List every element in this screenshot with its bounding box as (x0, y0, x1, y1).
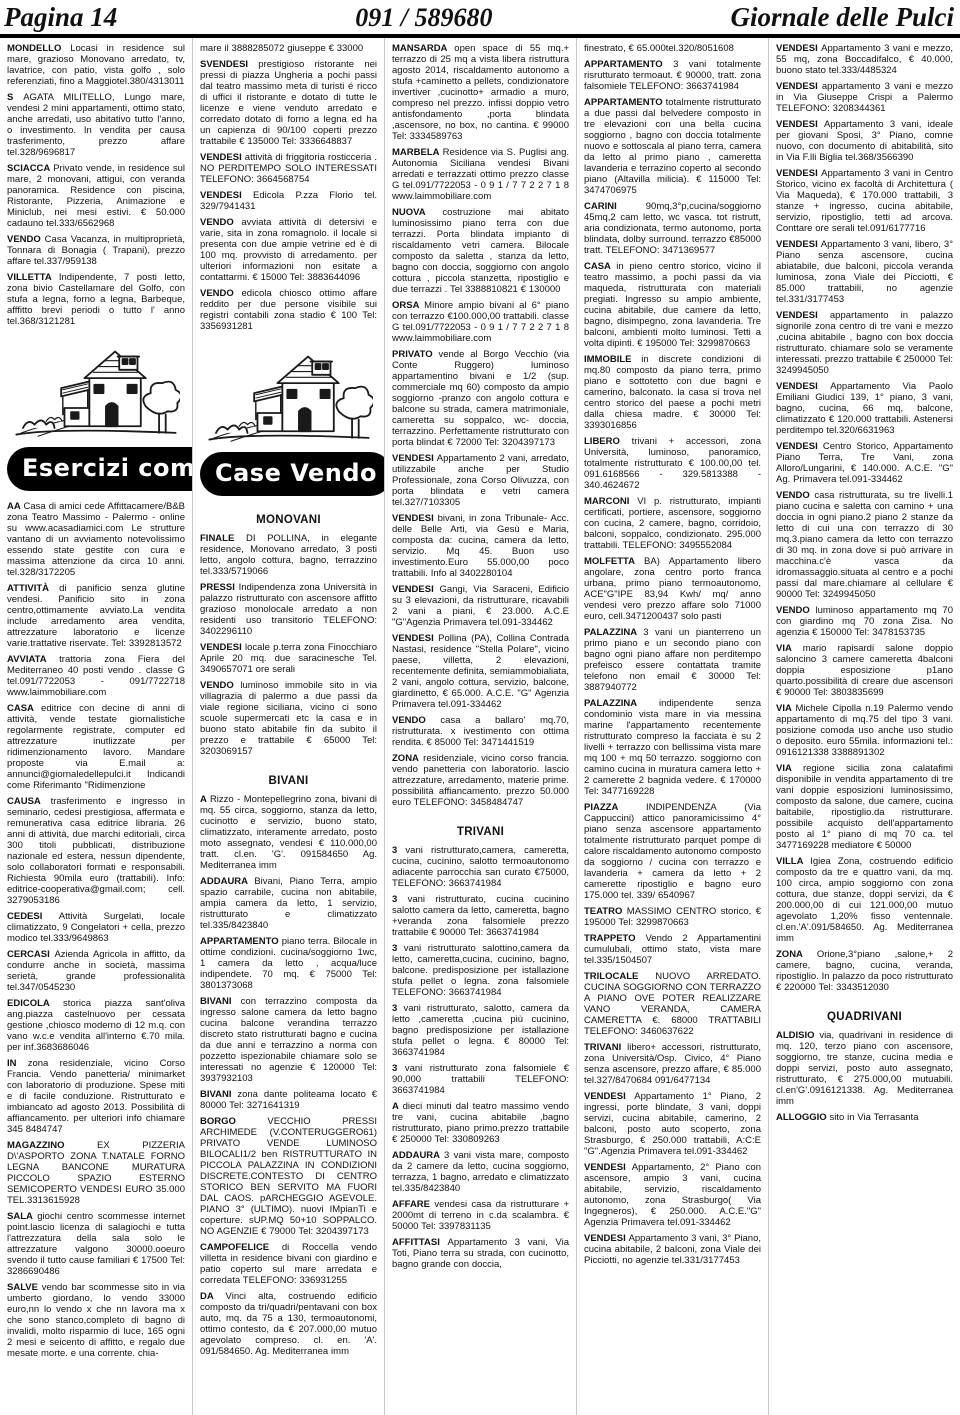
classified-ad: 3 vani ristrutturato salottino,camera da… (392, 943, 569, 998)
ad-lead-word: 3 (392, 894, 408, 905)
ad-lead-word: AA (7, 501, 23, 512)
ad-body-text: vani ristrutturato salottino,camera da l… (392, 943, 569, 998)
page-header: Pagina 14 091 / 589680 Giornale delle Pu… (0, 0, 960, 38)
ad-lead-word: BIVANI (200, 996, 241, 1007)
ad-lead-word: VENDO (200, 680, 240, 691)
classified-ad: ATTIVITÀ di panificio senza glutine vend… (7, 583, 185, 649)
classified-ad: MARBELA Residence via S. Puglisi ang. Au… (392, 147, 569, 202)
ad-lead-word: MOLFETTA (584, 556, 644, 567)
ad-lead-word: VENDESI (776, 168, 821, 179)
ad-lead-word: VENDESI (200, 190, 253, 201)
ad-lead-word: VILLETTA (7, 272, 59, 283)
ad-lead-word: MONDELLO (7, 43, 70, 54)
classified-ad: VENDESI Appartamento 3 vani, ideale per … (776, 119, 953, 163)
classified-ad: APPARTAMENTO totalmente ristrutturato a … (584, 97, 761, 196)
ad-lead-word: VENDESI (776, 310, 830, 321)
ad-lead-word: VENDO (7, 234, 45, 245)
column-3: MANSARDA open space di 55 mq.+ terrazzo … (384, 38, 576, 1415)
classified-ad: MANSARDA open space di 55 mq.+ terrazzo … (392, 43, 569, 142)
ad-lead-word: AFFITTASI (392, 1237, 447, 1248)
ad-lead-word: SCIACCA (7, 163, 53, 174)
classified-ad: PRIVATO vende al Borgo Vecchio (via Cont… (392, 349, 569, 448)
classified-ad: VENDESI Appartamento 3 vani in Centro St… (776, 168, 953, 234)
ad-lead-word: 3 (392, 845, 405, 856)
classified-ad: TRILOCALE NUOVO ARREDATO. CUCINA SOGGIOR… (584, 971, 761, 1037)
ad-lead-word: PRESSI (200, 582, 239, 593)
classified-ad: CARINI 90mq,3°p,cucina/soggiorno 45mq,2 … (584, 201, 761, 256)
classified-ad: 3 vani ristrutturato zona falsomiele € 9… (392, 1063, 569, 1096)
ad-lead-word: VENDESI (200, 642, 245, 653)
ad-lead-word: 3 (392, 1003, 403, 1014)
classified-ad: VILLETTA Indipendente, 7 posti letto, zo… (7, 272, 185, 327)
ad-lead-word: PALAZZINA (584, 627, 643, 638)
ad-lead-word: AVVIATA (7, 654, 59, 665)
ad-lead-word: VENDO (200, 217, 241, 228)
ad-lead-word: TRILOCALE (584, 971, 655, 982)
ad-lead-word: VENDESI (776, 441, 823, 452)
country-house-illustration-icon (7, 335, 185, 447)
classified-ad: VENDESI Edicola P.zza Florio tel. 329/79… (200, 190, 377, 212)
classified-ad: VENDO casa a ballaro' mq.70, ristruttura… (392, 715, 569, 748)
classifieds-columns: MONDELLO Locasi in residence sul mare, g… (0, 38, 960, 1415)
ad-body-text: in pieno centro storico, vicino il teatr… (584, 261, 761, 349)
ad-lead-word: A (392, 1101, 403, 1112)
ad-lead-word: A (200, 794, 210, 805)
ad-body-text: vani ristrutturato,camera, cameretta, cu… (392, 845, 569, 889)
classified-ad: MOLFETTA BA) Appartamento libero angolar… (584, 556, 761, 622)
ad-lead-word: ALLOGGIO (776, 1112, 830, 1123)
ad-body-text: AGATA MILITELLO, Lungo mare, vendesi 2 m… (7, 92, 185, 158)
classified-ad: VIA Michele Cipolla n.19 Palermo vendo a… (776, 703, 953, 758)
ad-body-text: vani ristrutturato, cucina cucinino salo… (392, 894, 569, 938)
classified-ad: ALDISIO via, quadrivani in residence di … (776, 1030, 953, 1107)
ad-lead-word: VENDO (776, 605, 815, 616)
ad-lead-word: ORSA (392, 300, 424, 311)
classified-ad: ZONA residenziale, vicino corso francia.… (392, 753, 569, 808)
classified-ad: PIAZZA INDIPENDENZA (Via Cappuccini) att… (584, 802, 761, 901)
ad-lead-word: BIVANI (200, 1089, 237, 1100)
classified-ad: VENDO avviata attività di detersivi e va… (200, 217, 377, 283)
classified-ad: BORGO VECCHIO PRESSI ARCHIMEDE (V.CONTER… (200, 1116, 377, 1237)
ad-lead-word: TEATRO (584, 906, 627, 917)
classified-ad: VENDESI Appartamento 3 vani, libero, 3° … (776, 239, 953, 305)
ad-lead-word: CAMPOFELICE (200, 1242, 282, 1253)
classified-ad: finestrato, € 65.000tel.320/8051608 (584, 43, 761, 54)
classified-ad: TRIVANI libero+ accessori, ristrutturato… (584, 1042, 761, 1086)
ad-body-text: vende al Borgo Vecchio (via Conte Rugger… (392, 349, 569, 448)
classified-ad: DA Vinci alta, costruendo edificio compo… (200, 1291, 377, 1357)
classified-ad: TEATRO MASSIMO CENTRO storico, € 195000 … (584, 906, 761, 928)
classified-ad: BIVANI zona dante politeama locato € 800… (200, 1089, 377, 1111)
category-header-trivani: TRIVANI (392, 826, 569, 838)
classified-ad: SCIACCA Privato vende, in residence sul … (7, 163, 185, 229)
classified-ad: TRAPPETO Vendo 2 Appartamentini cumuluba… (584, 933, 761, 966)
ad-lead-word: VENDESI (200, 152, 245, 163)
classified-ad: CASA in pieno centro storico, vicino il … (584, 261, 761, 349)
ad-lead-word: ATTIVITÀ (7, 583, 59, 594)
ad-lead-word: CEDESI (7, 911, 59, 922)
classified-ad: IMMOBILE in discrete condizioni di mq.80… (584, 354, 761, 431)
ad-lead-word: SVENDESI (200, 59, 258, 70)
ad-lead-word: APPARTAMENTO (584, 97, 666, 108)
newspaper-title: Giornale delle Pulci (731, 2, 954, 32)
classified-ad: MONDELLO Locasi in residence sul mare, g… (7, 43, 185, 87)
ad-lead-word: ZONA (392, 753, 423, 764)
classified-ad: VENDO edicola chiosco ottimo affare redd… (200, 288, 377, 332)
classified-ad: SALA giochi centro scommesse internet po… (7, 1211, 185, 1277)
ad-lead-word: TRAPPETO (584, 933, 646, 944)
ad-lead-word: VENDESI (584, 1162, 632, 1173)
ad-lead-word: VENDESI (392, 513, 438, 524)
classified-ad: 3 vani ristrutturato,camera, cameretta, … (392, 845, 569, 889)
ad-lead-word: SALVE (7, 1282, 42, 1293)
ad-body-text: Vinci alta, costruendo edificio composto… (200, 1291, 377, 1357)
ad-body-text: finestrato, € 65.000tel.320/8051608 (584, 43, 734, 54)
classified-ad: VENDESI appartamento 3 vani e mezzo in V… (776, 81, 953, 114)
ad-lead-word: APPARTAMENTO (200, 936, 282, 947)
ad-body-text: zona residenziale, vicino Corso Francia.… (7, 1058, 185, 1135)
ad-body-text: vani ristrutturato zona falsomiele € 90,… (392, 1063, 569, 1096)
ad-body-text: Pollina (PA), Collina Contrada Nastasi, … (392, 633, 569, 710)
page-number-label: Pagina 14 (4, 2, 117, 32)
classified-ad: ADDAURA 3 vani vista mare, composto da 2… (392, 1150, 569, 1194)
classified-ad: VIA regione sicilia zona calatafimi disp… (776, 763, 953, 851)
ad-lead-word: VENDO (392, 715, 440, 726)
ad-body-text: con terrazzino composta da ingresso salo… (200, 996, 377, 1084)
classified-ad: NUOVA costruzione mai abitato luminosiss… (392, 207, 569, 295)
ad-body-text: vani ristrutturato, salotto, camera da l… (392, 1003, 569, 1058)
classified-ad: PRESSI Indipendenza zona Università in p… (200, 582, 377, 637)
ad-lead-word: VENDESI (776, 381, 830, 392)
ad-lead-word: MARBELA (392, 147, 443, 158)
ad-lead-word: IN (7, 1058, 28, 1069)
section-banner-esercizi: Esercizi comm. (7, 335, 185, 491)
ad-lead-word: PIAZZA (584, 802, 646, 813)
ad-lead-word: VENDO (200, 288, 242, 299)
ad-lead-word: CASA (7, 703, 41, 714)
ad-lead-word: VENDESI (776, 43, 821, 54)
ad-body-text: INDIPENDENZA (Via Cappuccini) attico pan… (584, 802, 761, 901)
ad-lead-word: DA (200, 1291, 226, 1302)
classified-ad: CERCASI Azienda Agricola in affitto, da … (7, 949, 185, 993)
classified-ad: LIBERO trivani + accessori, zona Univers… (584, 436, 761, 491)
ad-lead-word: BORGO (200, 1116, 267, 1127)
classified-ad: VILLA Igiea Zona, costruendo edificio co… (776, 856, 953, 944)
ad-lead-word: VIA (776, 643, 803, 654)
ad-lead-word: 3 (392, 943, 404, 954)
ad-lead-word: CARINI (584, 201, 646, 212)
ad-body-text: vendo bar scommesse sito in via umberto … (7, 1282, 185, 1359)
column-5: VENDESI Appartamento 3 vani e mezzo, 55 … (768, 38, 960, 1415)
classified-ad: FINALE DI POLLINA, in elegante residence… (200, 533, 377, 577)
classified-ad: A Rizzo - Montepellegrino zona, bivani d… (200, 794, 377, 871)
ad-lead-word: ADDAURA (200, 876, 254, 887)
ad-lead-word: 3 (392, 1063, 405, 1074)
ad-body-text: regione sicilia zona calatafimi disponib… (776, 763, 953, 851)
classified-ad: VENDESI Appartamento 3 vani e mezzo, 55 … (776, 43, 953, 76)
ad-lead-word: VILLA (776, 856, 810, 867)
ad-lead-word: MARCONI (584, 496, 637, 507)
classified-ad: VENDESI Gangi, Via Saraceni, Edificio su… (392, 584, 569, 628)
ad-lead-word: MAGAZZINO (7, 1140, 97, 1151)
ad-lead-word: VENDESI (392, 453, 437, 464)
ad-lead-word: APPARTAMENTO (584, 59, 673, 70)
category-header-quadrivani: QUADRIVANI (776, 1011, 953, 1023)
contact-phone-number: 091 / 589680 (355, 3, 492, 33)
ad-lead-word: AFFARE (392, 1199, 434, 1210)
ad-lead-word: VENDESI (776, 81, 822, 92)
ad-body-text: via, quadrivani in residence di mq. 120,… (776, 1030, 953, 1107)
classified-ad: AFFITTASI Appartamento 3 vani, Via Toti,… (392, 1237, 569, 1270)
country-house-illustration-icon (200, 340, 377, 452)
classified-ad: AFFARE vendesi casa da ristrutturare + 2… (392, 1199, 569, 1232)
section-banner-label: Case Vendo (200, 452, 384, 496)
ad-lead-word: ADDAURA (392, 1150, 444, 1161)
classified-ad: VENDESI Appartamento 2 vani, arredato, u… (392, 453, 569, 508)
classified-ad: VENDESI Appartamento 1° Piano, 2 ingress… (584, 1091, 761, 1157)
ad-lead-word: PRIVATO (392, 349, 438, 360)
classified-ad: SALVE vendo bar scommesse sito in via um… (7, 1282, 185, 1359)
classified-ad: ORSA Minore ampio bivani al 6° piano con… (392, 300, 569, 344)
classified-ad: VENDESI Appartamento, 2° Piano con ascen… (584, 1162, 761, 1228)
ad-body-text: dieci minuti dal teatro massimo vendo tr… (392, 1101, 569, 1145)
classified-ad: VENDO Casa Vacanza, in multiproprietà, T… (7, 234, 185, 267)
category-header-monovani: MONOVANI (200, 514, 377, 526)
ad-body-text: mare il 3888285072 giuseppe € 33000 (200, 43, 363, 54)
ad-body-text: sito in Via Terrasanta (830, 1112, 919, 1123)
ad-lead-word: CASA (584, 261, 616, 272)
section-banner-label: Esercizi comm. (7, 447, 192, 491)
category-header-bivani: BIVANI (200, 775, 377, 787)
ad-lead-word: FINALE (200, 533, 246, 544)
ad-lead-word: VENDESI (776, 119, 824, 130)
classified-ad: EDICOLA storica piazza sant'oliva ang.pi… (7, 998, 185, 1053)
classified-ad: ALLOGGIO sito in Via Terrasanta (776, 1112, 953, 1123)
classified-ad: A dieci minuti dal teatro massimo vendo … (392, 1101, 569, 1145)
classified-ad: BIVANI con terrazzino composta da ingres… (200, 996, 377, 1084)
ad-lead-word: MANSARDA (392, 43, 454, 54)
classified-ad: ZONA Orione,3°piano ,salone,+ 2 camere, … (776, 949, 953, 993)
ad-lead-word: VENDO (776, 490, 814, 501)
ad-lead-word: VENDESI (392, 633, 438, 644)
ad-lead-word: CERCASI (7, 949, 54, 960)
ad-lead-word: VENDESI (584, 1233, 629, 1244)
classified-ad: MAGAZZINO EX PIZZERIA D\'ASPORTO ZONA T.… (7, 1140, 185, 1206)
classified-ad: VENDESI Centro Storico, Appartamento Pia… (776, 441, 953, 485)
classified-ad: VENDESI appartamento in palazzo signoril… (776, 310, 953, 376)
classified-ad: APPARTAMENTO 3 vani totalmente risruttur… (584, 59, 761, 92)
section-banner-case: Case Vendo (200, 340, 377, 496)
column-1: MONDELLO Locasi in residence sul mare, g… (0, 38, 192, 1415)
ad-lead-word: VENDESI (776, 239, 821, 250)
classified-ad: mare il 3888285072 giuseppe € 33000 (200, 43, 377, 54)
classified-ad: VENDESI Appartamento 3 vani, 3° Piano, c… (584, 1233, 761, 1266)
ad-lead-word: VIA (776, 763, 803, 774)
ad-body-text: costruzione mai abitato luminosissimo pi… (392, 207, 569, 295)
classified-ad: VENDESI Pollina (PA), Collina Contrada N… (392, 633, 569, 710)
ad-body-text: Rizzo - Montepellegrino zona, bivani di … (200, 794, 377, 871)
ad-lead-word: TRIVANI (584, 1042, 627, 1053)
ad-body-text: indipendente senza condominio vista mare… (584, 698, 761, 797)
ad-lead-word: ALDISIO (776, 1030, 819, 1041)
classified-ad: VENDESI bivani, in zona Tribunale- Acc. … (392, 513, 569, 579)
ad-lead-word: S (7, 92, 23, 103)
ad-lead-word: VIA (776, 703, 795, 714)
classified-ad: APPARTAMENTO piano terra. Bilocale in ot… (200, 936, 377, 991)
classified-ad: S AGATA MILITELLO, Lungo mare, vendesi 2… (7, 92, 185, 158)
ad-body-text: trasferimento e ingresso in seminario, c… (7, 796, 185, 906)
classified-ad: CEDESI Attività Surgelati, locale climat… (7, 911, 185, 944)
ad-body-text: open space di 55 mq.+ terrazzo di 25 mq … (392, 43, 569, 142)
ad-body-text: Casa di amici cede Affittacamere/B&B zon… (7, 501, 185, 578)
ad-body-text: VECCHIO PRESSI ARCHIMEDE (V.CONTERUGGERO… (200, 1116, 377, 1237)
classified-ad: CAMPOFELICE di Roccella vendo villetta i… (200, 1242, 377, 1286)
classified-ad: SVENDESI prestigioso ristorante nei pres… (200, 59, 377, 147)
classified-ad: MARCONI VI p. ristrutturato, impianti ce… (584, 496, 761, 551)
ad-lead-word: EDICOLA (7, 998, 63, 1009)
column-2: mare il 3888285072 giuseppe € 33000SVEND… (192, 38, 384, 1415)
classified-ad: VENDESI attività di friggitoria rosticce… (200, 152, 377, 185)
ad-lead-word: NUOVA (392, 207, 442, 218)
ad-body-text: totalmente ristrutturato a due passi dal… (584, 97, 761, 196)
classified-ad: AVVIATA trattoria zona Fiera del Mediter… (7, 654, 185, 698)
classified-ad: 3 vani ristrutturato, cucina cucinino sa… (392, 894, 569, 938)
ad-body-text: in discrete condizioni di mq.80 composto… (584, 354, 761, 431)
classified-ad: CAUSA trasferimento e ingresso in semina… (7, 796, 185, 906)
column-4: finestrato, € 65.000tel.320/8051608APPAR… (576, 38, 768, 1415)
ad-lead-word: LIBERO (584, 436, 632, 447)
classified-ad: VIA mario rapisardi salone doppio salonc… (776, 643, 953, 698)
ad-lead-word: VENDESI (584, 1091, 634, 1102)
classified-ad: PALAZZINA indipendente senza condominio … (584, 698, 761, 797)
ad-lead-word: CAUSA (7, 796, 51, 807)
newspaper-page: Pagina 14 091 / 589680 Giornale delle Pu… (0, 0, 960, 1415)
ad-lead-word: IMMOBILE (584, 354, 641, 365)
ad-lead-word: SALA (7, 1211, 37, 1222)
ad-lead-word: PALAZZINA (584, 698, 659, 709)
classified-ad: CASA editrice con decine di anni di atti… (7, 703, 185, 791)
ad-body-text: prestigioso ristorante nei pressi di pia… (200, 59, 377, 147)
classified-ad: PALAZZINA 3 vani un pianterreno un primo… (584, 627, 761, 693)
classified-ad: ADDAURA Bivani, Piano Terra, ampio spazi… (200, 876, 377, 931)
ad-body-text: Igiea Zona, costruendo edificio composto… (776, 856, 953, 944)
classified-ad: IN zona residenziale, vicino Corso Franc… (7, 1058, 185, 1135)
classified-ad: VENDO luminoso appartamento mq 70 con gi… (776, 605, 953, 638)
ad-lead-word: ZONA (776, 949, 817, 960)
ad-body-text: Michele Cipolla n.19 Palermo vendo appar… (776, 703, 953, 758)
ad-body-text: editrice con decine di anni di attività,… (7, 703, 185, 791)
ad-body-text: luminoso immobile sito in via villagrazi… (200, 680, 377, 757)
classified-ad: VENDESI locale p.terra zona Finocchiaro … (200, 642, 377, 675)
classified-ad: 3 vani ristrutturato, salotto, camera da… (392, 1003, 569, 1058)
classified-ad: VENDO luminoso immobile sito in via vill… (200, 680, 377, 757)
ad-body-text: casa ristrutturata, su tre livelli.1 pia… (776, 490, 953, 600)
classified-ad: VENDESI Appartamento Via Paolo Emiliani … (776, 381, 953, 436)
ad-body-text: mario rapisardi salone doppio saloncino … (776, 643, 953, 698)
classified-ad: VENDO casa ristrutturata, su tre livelli… (776, 490, 953, 600)
ad-lead-word: VENDESI (392, 584, 439, 595)
classified-ad: AA Casa di amici cede Affittacamere/B&B … (7, 501, 185, 578)
